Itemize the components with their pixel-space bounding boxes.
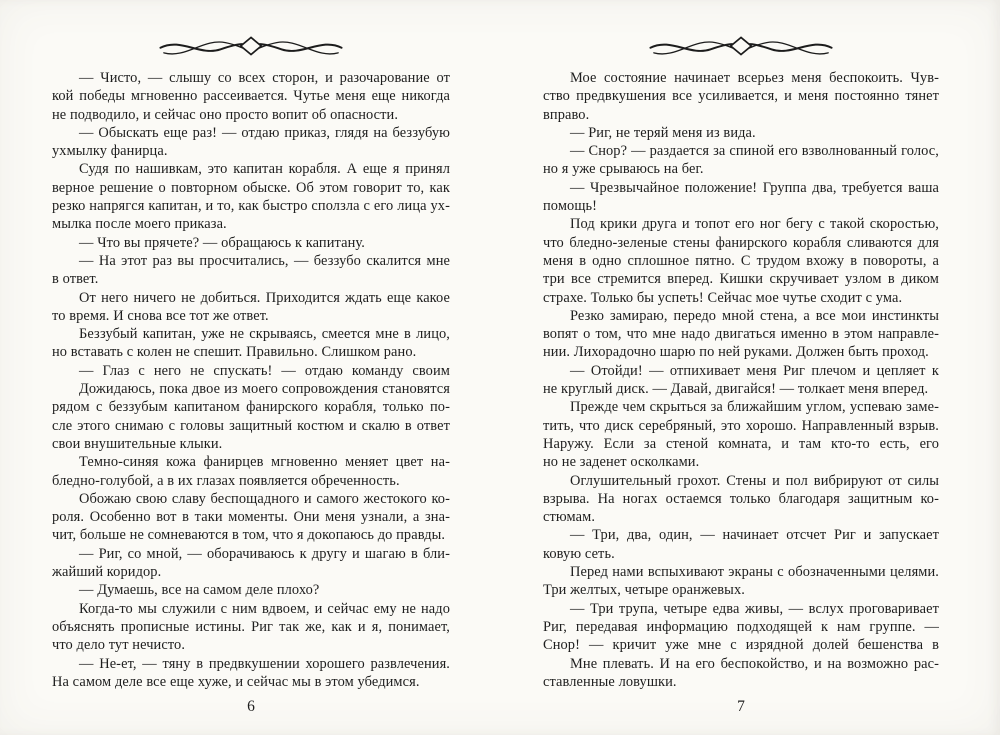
text-line: — Чисто, — слышу со всех сторон, и разоч…	[52, 69, 450, 87]
text-line: — Риг, не теряй меня из вида.	[543, 124, 939, 142]
text-line: От него ничего не добиться. Приходится ж…	[52, 289, 450, 307]
paragraph: Мое состояние начинает всерьез меня бесп…	[543, 69, 939, 124]
paragraph: Перед нами вспыхивают экраны с обозначен…	[543, 563, 939, 600]
text-line: — Не-ет, — тяну в предвкушении хорошего …	[52, 655, 450, 673]
text-line: резко напрягся капитан, и то, как быстро…	[52, 197, 450, 215]
paragraph: От него ничего не добиться. Приходится ж…	[52, 289, 450, 326]
paragraph: — Глаз с него не спускать! — отдаю коман…	[52, 362, 450, 380]
paragraph: — Три, два, один, — начинает отсчет Риг …	[543, 526, 939, 563]
text-line: роля. Особенно вот в таки моменты. Они м…	[52, 508, 450, 526]
text-line: что бледно-зеленые стены фанирского кора…	[543, 234, 939, 252]
paragraph: — Не-ет, — тяну в предвкушении хорошего …	[52, 655, 450, 692]
paragraph: Мне плевать. И на его беспокойство, и на…	[543, 655, 939, 692]
text-line: Обожаю свою славу беспощадного и самого …	[52, 490, 450, 508]
text-line: — Три, два, один, — начинает отсчет Риг …	[543, 526, 939, 544]
text-line: — Что вы прячете? — обращаюсь к капитану…	[52, 234, 450, 252]
paragraph: Судя по нашивкам, это капитан корабля. А…	[52, 160, 450, 233]
paragraph: — Обыскать еще раз! — отдаю приказ, гляд…	[52, 124, 450, 161]
text-line: не круглый диск. — Давай, двигайся! — то…	[543, 380, 939, 398]
text-line: нии. Лихорадочно шарю по ней руками. Дол…	[543, 343, 939, 361]
text-line: Когда-то мы служили с ним вдвоем, и сейч…	[52, 600, 450, 618]
text-line: ставленные ловушки.	[543, 673, 939, 691]
text-line: жайший коридор.	[52, 563, 450, 581]
book-page-left: — Чисто, — слышу со всех сторон, и разоч…	[52, 0, 450, 716]
text-line: помощь!	[543, 197, 939, 215]
text-line: ухмылку фанирца.	[52, 142, 450, 160]
text-line: но не заденет осколками.	[543, 453, 939, 471]
page-text: — Чисто, — слышу со всех сторон, и разоч…	[52, 69, 450, 691]
text-line: чит, больше не сомневаются в том, что я …	[52, 526, 450, 544]
text-line: — Глаз с него не спускать! — отдаю коман…	[52, 362, 450, 380]
text-line: — Три трупа, четыре едва живы, — вслух п…	[543, 600, 939, 618]
text-line: бледно-голубой, а в их глазах появляется…	[52, 472, 450, 490]
text-line: Оглушительный грохот. Стены и пол вибрир…	[543, 472, 939, 490]
text-line: стюмам.	[543, 508, 939, 526]
paragraph: — Риг, не теряй меня из вида.	[543, 124, 939, 142]
text-line: мылка после моего приказа.	[52, 215, 450, 233]
text-line: кой победы мгновенно рассеивается. Чутье…	[52, 87, 450, 105]
text-line: рядом с беззубым капитаном фанирского ко…	[52, 398, 450, 416]
paragraph: Под крики друга и топот его ног бегу с т…	[543, 215, 939, 306]
text-line: Снор! — кричит уже мне с изрядной долей …	[543, 636, 939, 654]
paragraph: Обожаю свою славу беспощадного и самого …	[52, 490, 450, 545]
paragraph: Дожидаюсь, пока двое из моего сопровожде…	[52, 380, 450, 453]
paragraph: — Чисто, — слышу со всех сторон, и разоч…	[52, 69, 450, 124]
paragraph: — На этот раз вы просчитались, — беззубо…	[52, 252, 450, 289]
paragraph: — Риг, со мной, — оборачиваюсь к другу и…	[52, 545, 450, 582]
text-line: — Чрезвычайное положение! Группа два, тр…	[543, 179, 939, 197]
text-line: то время. И снова все тот же ответ.	[52, 307, 450, 325]
text-line: взрыва. На ногах остаемся только благода…	[543, 490, 939, 508]
text-line: — Риг, со мной, — оборачиваюсь к другу и…	[52, 545, 450, 563]
text-line: Перед нами вспыхивают экраны с обозначен…	[543, 563, 939, 581]
paragraph: — Чрезвычайное положение! Группа два, тр…	[543, 179, 939, 216]
page-number: 6	[52, 698, 450, 716]
paragraph: — Отойди! — отпихивает меня Риг плечом и…	[543, 362, 939, 399]
text-line: три все стремится вперед. Кишки скручива…	[543, 270, 939, 288]
text-line: верное решение о повторном обыске. Об эт…	[52, 179, 450, 197]
text-line: Под крики друга и топот его ног бегу с т…	[543, 215, 939, 233]
paragraph: — Снор? — раздается за спиной его взволн…	[543, 142, 939, 179]
text-line: Мне плевать. И на его беспокойство, и на…	[543, 655, 939, 673]
text-line: страхе. Только бы успеть! Сейчас мое чут…	[543, 289, 939, 307]
text-line: — На этот раз вы просчитались, — беззубо…	[52, 252, 450, 270]
text-line: сле этого снимаю с головы защитный костю…	[52, 417, 450, 435]
text-line: Темно-синяя кожа фанирцев мгновенно меня…	[52, 453, 450, 471]
text-line: — Отойди! — отпихивает меня Риг плечом и…	[543, 362, 939, 380]
text-line: тить, что диск серебряный, это хорошо. Н…	[543, 417, 939, 435]
text-line: свои внушительные клыки.	[52, 435, 450, 453]
text-line: Судя по нашивкам, это капитан корабля. А…	[52, 160, 450, 178]
page-number: 7	[543, 698, 939, 716]
flourish-divider-icon	[157, 31, 345, 61]
text-line: На самом деле все еще хуже, и сейчас мы …	[52, 673, 450, 691]
text-line: Мое состояние начинает всерьез меня бесп…	[543, 69, 939, 87]
text-line: Прежде чем скрыться за ближайшим углом, …	[543, 398, 939, 416]
book-scan-spread: { "document": { "kind": "book-spread-sca…	[0, 0, 1000, 735]
text-line: объяснять прописные истины. Риг так же, …	[52, 618, 450, 636]
paragraph: Оглушительный грохот. Стены и пол вибрир…	[543, 472, 939, 527]
text-line: Три желтых, четыре оранжевых.	[543, 581, 939, 599]
paragraph: Беззубый капитан, уже не скрываясь, смее…	[52, 325, 450, 362]
flourish-divider-icon	[647, 31, 835, 61]
text-line: вопят о том, что мне надо двигаться имен…	[543, 325, 939, 343]
text-line: в ответ.	[52, 270, 450, 288]
paragraph: Темно-синяя кожа фанирцев мгновенно меня…	[52, 453, 450, 490]
paragraph: Когда-то мы служили с ним вдвоем, и сейч…	[52, 600, 450, 655]
paragraph: Резко замираю, передо мной стена, а все …	[543, 307, 939, 362]
book-page-right: Мое состояние начинает всерьез меня бесп…	[543, 0, 939, 716]
text-line: Наружу. Если за стеной комната, и там кт…	[543, 435, 939, 453]
text-line: — Думаешь, все на самом деле плохо?	[52, 581, 450, 599]
text-line: — Обыскать еще раз! — отдаю приказ, гляд…	[52, 124, 450, 142]
page-text: Мое состояние начинает всерьез меня бесп…	[543, 69, 939, 691]
paragraph: — Что вы прячете? — обращаюсь к капитану…	[52, 234, 450, 252]
text-line: Риг, передавая информацию подходящей к н…	[543, 618, 939, 636]
text-line: но я уже срываюсь на бег.	[543, 160, 939, 178]
text-line: вправо.	[543, 106, 939, 124]
paragraph: — Три трупа, четыре едва живы, — вслух п…	[543, 600, 939, 655]
text-line: ковую сеть.	[543, 545, 939, 563]
paragraph: — Думаешь, все на самом деле плохо?	[52, 581, 450, 599]
text-line: но вставать с колен не спешит. Правильно…	[52, 343, 450, 361]
text-line: ство предвкушения все усиливается, и мен…	[543, 87, 939, 105]
text-line: — Снор? — раздается за спиной его взволн…	[543, 142, 939, 160]
text-line: не подводило, и сейчас оно просто вопит …	[52, 106, 450, 124]
text-line: что дело тут нечисто.	[52, 636, 450, 654]
text-line: Дожидаюсь, пока двое из моего сопровожде…	[52, 380, 450, 398]
paragraph: Прежде чем скрыться за ближайшим углом, …	[543, 398, 939, 471]
text-line: Резко замираю, передо мной стена, а все …	[543, 307, 939, 325]
text-line: меня в одно сплошное пятно. С трудом вхо…	[543, 252, 939, 270]
text-line: Беззубый капитан, уже не скрываясь, смее…	[52, 325, 450, 343]
